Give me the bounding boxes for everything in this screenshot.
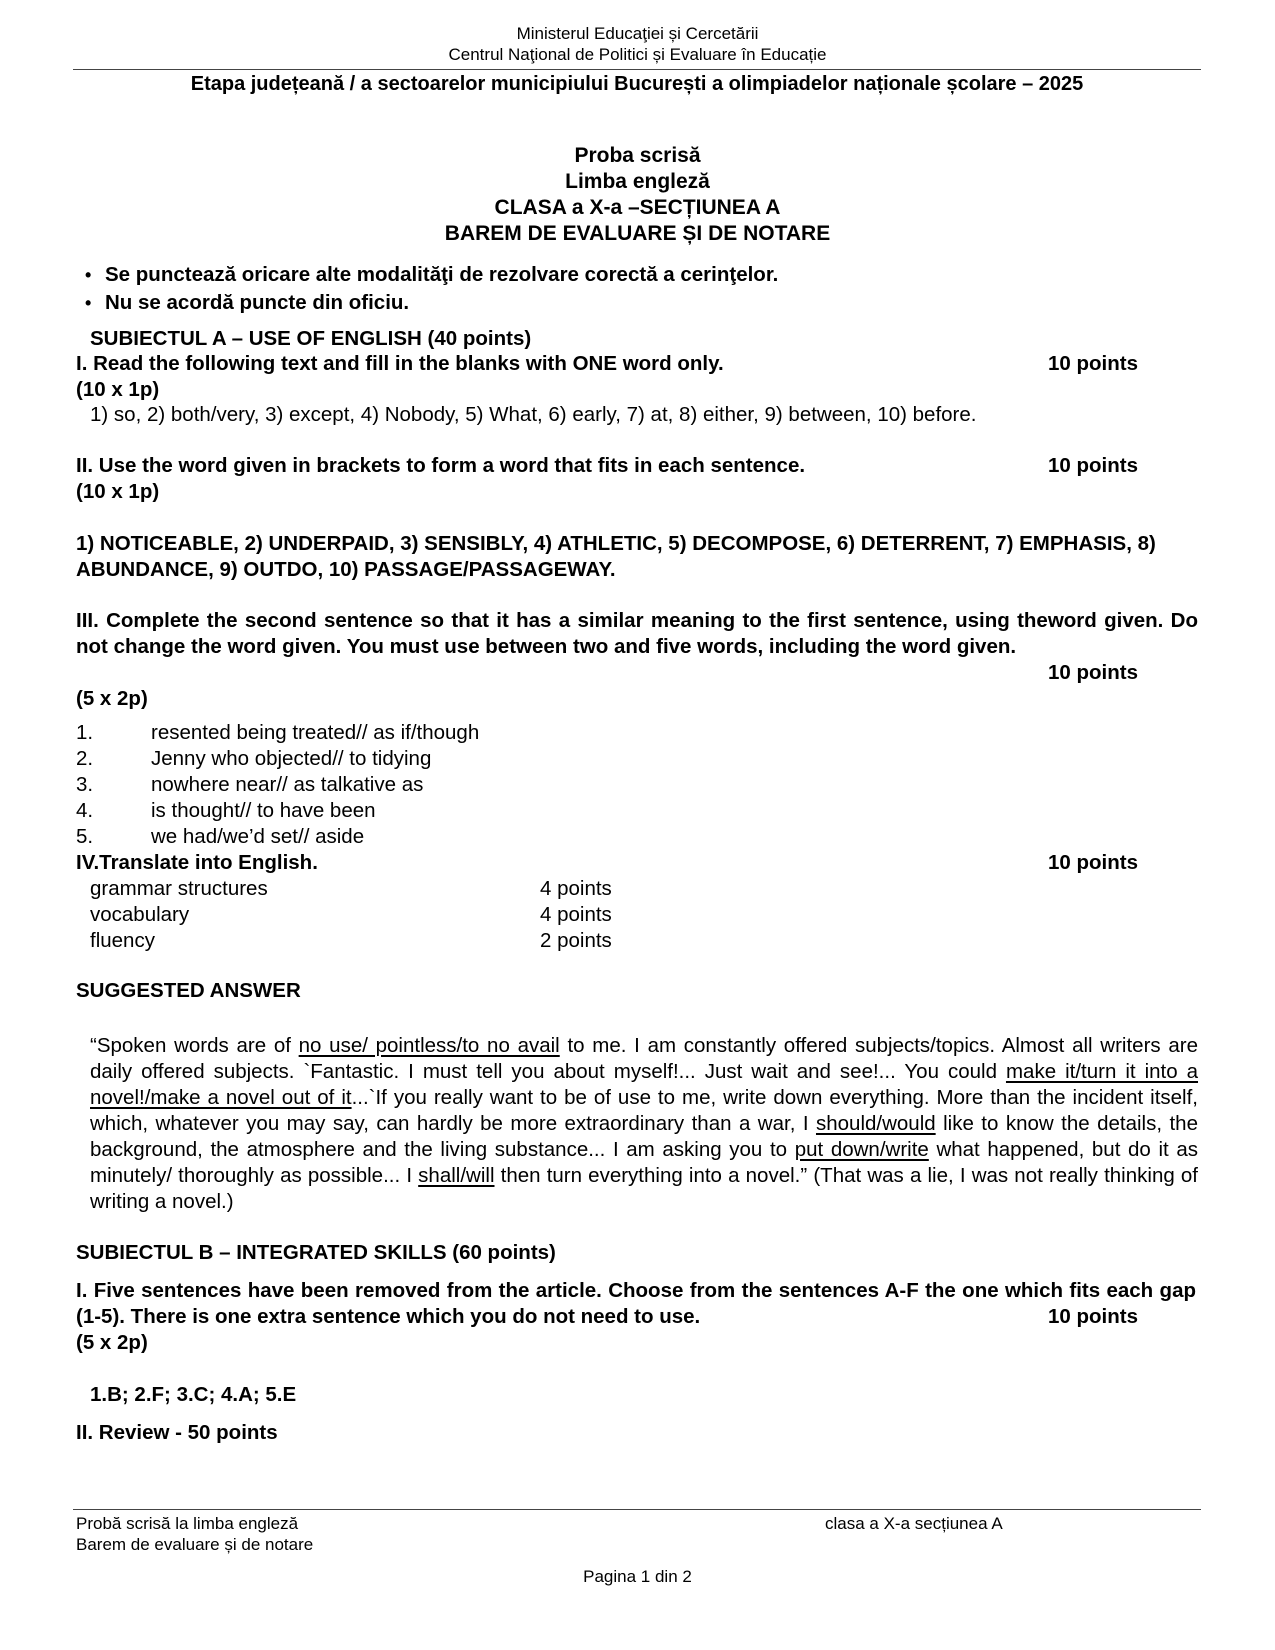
subject-title: Limba engleză xyxy=(0,169,1275,195)
bullet-icon: • xyxy=(85,262,105,289)
ex3-points: 10 points xyxy=(1048,660,1138,686)
ex1-scoring: (10 x 1p) xyxy=(76,377,159,403)
suggested-answer-heading: SUGGESTED ANSWER xyxy=(76,978,301,1004)
page-number: Pagina 1 din 2 xyxy=(0,1566,1275,1587)
subject-a-heading: SUBIECTUL A – USE OF ENGLISH (40 points) xyxy=(90,326,531,352)
ex2-answers: 1) NOTICEABLE, 2) UNDERPAID, 3) SENSIBLY… xyxy=(76,531,1198,583)
ex3-answer-list: 1.resented being treated// as if/though … xyxy=(76,720,479,850)
ex3-scoring: (5 x 2p) xyxy=(76,686,148,712)
ex2-points: 10 points xyxy=(1048,453,1138,479)
subject-b-heading: SUBIECTUL B – INTEGRATED SKILLS (60 poin… xyxy=(76,1240,556,1266)
subject-b-ex2-heading: II. Review - 50 points xyxy=(76,1420,278,1446)
footer-doc-type: Barem de evaluare și de notare xyxy=(76,1534,313,1555)
exam-type-title: Proba scrisă xyxy=(0,143,1275,169)
criterion-row: fluency2 points xyxy=(90,928,612,954)
highlighted-answer: should/would xyxy=(816,1112,936,1135)
olympiad-stage-title: Etapa județeană / a sectoarelor municipi… xyxy=(73,72,1201,96)
list-item: 2.Jenny who objected// to tidying xyxy=(76,746,479,772)
rule-item: •Nu se acordă puncte din oficiu. xyxy=(85,289,778,317)
list-item: 5.we had/we’d set// aside xyxy=(76,824,479,850)
ex1-answers: 1) so, 2) both/very, 3) except, 4) Nobod… xyxy=(90,402,976,428)
highlighted-answer: shall/will xyxy=(418,1164,494,1187)
header-divider xyxy=(73,69,1201,70)
ex4-points: 10 points xyxy=(1048,850,1138,876)
ex1-instruction: I. Read the following text and fill in t… xyxy=(76,351,724,377)
answer-text: “Spoken words are of xyxy=(90,1034,299,1057)
ex2-scoring: (10 x 1p) xyxy=(76,479,159,505)
highlighted-answer: put down/write xyxy=(795,1138,929,1161)
scoring-guide-title: BAREM DE EVALUARE ȘI DE NOTARE xyxy=(0,221,1275,247)
footer-exam-name: Probă scrisă la limba engleză xyxy=(76,1513,298,1534)
general-rules: •Se punctează oricare alte modalităţi de… xyxy=(85,261,778,317)
center-name: Centrul Naţional de Politici și Evaluare… xyxy=(0,45,1275,65)
ex1-points: 10 points xyxy=(1048,351,1138,377)
list-item: 1.resented being treated// as if/though xyxy=(76,720,479,746)
class-section-title: CLASA a X-a –SECȚIUNEA A xyxy=(0,195,1275,221)
subject-b-ex1-scoring: (5 x 2p) xyxy=(76,1330,148,1356)
bullet-icon: • xyxy=(85,290,105,317)
document-page: Ministerul Educaţiei și Cercetării Centr… xyxy=(0,0,1275,1650)
subject-b-ex1-instruction: I. Five sentences have been removed from… xyxy=(76,1278,1196,1330)
rule-item: •Se punctează oricare alte modalităţi de… xyxy=(85,261,778,289)
footer-class-section: clasa a X-a secțiunea A xyxy=(825,1513,1003,1534)
criterion-row: grammar structures4 points xyxy=(90,876,612,902)
translation-criteria: grammar structures4 points vocabulary4 p… xyxy=(90,876,612,954)
criterion-row: vocabulary4 points xyxy=(90,902,612,928)
ex3-instruction: III. Complete the second sentence so tha… xyxy=(76,608,1198,660)
list-item: 3.nowhere near// as talkative as xyxy=(76,772,479,798)
subject-b-ex1-answers: 1.B; 2.F; 3.C; 4.A; 5.E xyxy=(90,1382,296,1408)
subject-b-ex1-points: 10 points xyxy=(1042,1304,1138,1330)
highlighted-answer: no use/ pointless/to no avail xyxy=(299,1034,560,1057)
suggested-answer-text: “Spoken words are of no use/ pointless/t… xyxy=(90,1033,1198,1215)
list-item: 4.is thought// to have been xyxy=(76,798,479,824)
ex4-instruction: IV.Translate into English. xyxy=(76,850,318,876)
ex2-instruction: II. Use the word given in brackets to fo… xyxy=(76,453,805,479)
footer-divider xyxy=(73,1509,1201,1510)
ministry-name: Ministerul Educaţiei și Cercetării xyxy=(0,24,1275,44)
